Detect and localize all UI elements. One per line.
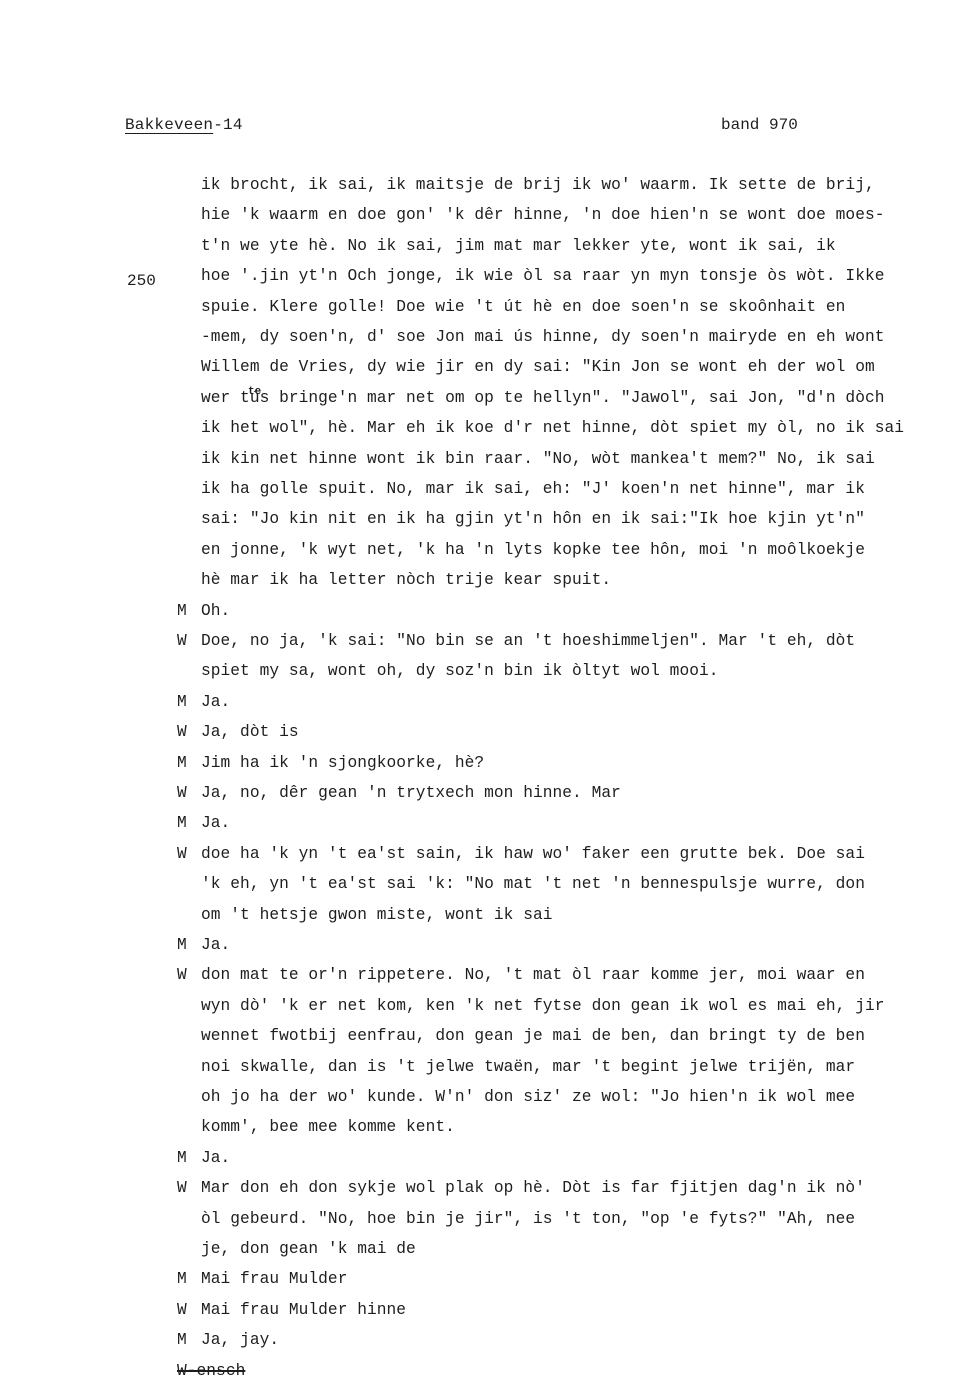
- dialogue-continuation: 'k eh, yn 't ea'st sai 'k: "No mat 't ne…: [201, 875, 865, 905]
- dialogue-turn: MJa.: [177, 1149, 230, 1179]
- speaker-label: W: [177, 723, 201, 741]
- utterance-text: Ja.: [201, 936, 230, 954]
- dialogue-turn: WJa, dòt is: [177, 723, 299, 753]
- utterance-text: hoe '.jin yt'n Och jonge, ik wie òl sa r…: [201, 267, 885, 285]
- utterance-text: Ja, jay.: [201, 1331, 279, 1349]
- utterance-text: 'k eh, yn 't ea'st sai 'k: "No mat 't ne…: [201, 875, 865, 893]
- dialogue-continuation: spiet my sa, wont oh, dy soz'n bin ik òl…: [201, 662, 719, 692]
- utterance-text: en jonne, 'k wyt net, 'k ha 'n lyts kopk…: [201, 541, 865, 559]
- dialogue-turn: MJa, jay.: [177, 1331, 279, 1361]
- dialogue-turn: WMai frau Mulder hinne: [177, 1301, 406, 1331]
- transcript-line: t'n we yte hè. No ik sai, jim mat mar le…: [201, 237, 836, 267]
- dialogue-continuation: om 't hetsje gwon miste, wont ik sai: [201, 906, 553, 936]
- speaker-label: M: [177, 814, 201, 832]
- speaker-label: M: [177, 693, 201, 711]
- speaker-label: W: [177, 845, 201, 863]
- utterance-text: Willem de Vries, dy wie jir en dy sai: "…: [201, 358, 875, 376]
- utterance-text: hè mar ik ha letter nòch trije kear spui…: [201, 571, 611, 589]
- dialogue-continuation: wyn dò' 'k er net kom, ken 'k net fytse …: [201, 997, 885, 1027]
- transcript-line: en jonne, 'k wyt net, 'k ha 'n lyts kopk…: [201, 541, 865, 571]
- speaker-label: M: [177, 1331, 201, 1349]
- dialogue-continuation: je, don gean 'k mai de: [201, 1240, 416, 1270]
- transcript-line: sai: "Jo kin nit en ik ha gjin yt'n hôn …: [201, 510, 865, 540]
- utterance-text: -mem, dy soen'n, d' soe Jon mai ús hinne…: [201, 328, 885, 346]
- document-number: -14: [213, 116, 242, 134]
- dialogue-turn: MJa.: [177, 693, 230, 723]
- utterance-text: Ja.: [201, 1149, 230, 1167]
- utterance-text: Ja.: [201, 814, 230, 832]
- dialogue-turn: WMar don eh don sykje wol plak op hè. Dò…: [177, 1179, 865, 1209]
- transcript-page: Bakkeveen-14 band 970 250 te ik brocht, …: [0, 0, 973, 1392]
- speaker-label: M: [177, 1270, 201, 1288]
- dialogue-turn: MJa.: [177, 814, 230, 844]
- transcript-line: ik het wol", hè. Mar eh ik koe d'r net h…: [201, 419, 904, 449]
- utterance-text: doe ha 'k yn 't ea'st sain, ik haw wo' f…: [201, 845, 865, 863]
- utterance-text: Ja.: [201, 693, 230, 711]
- speaker-label: M: [177, 602, 201, 620]
- utterance-text: Mai frau Mulder hinne: [201, 1301, 406, 1319]
- speaker-label: M: [177, 936, 201, 954]
- utterance-text: wer tús bringe'n mar net om op te hellyn…: [201, 389, 885, 407]
- line-number-marker: 250: [127, 272, 156, 290]
- dialogue-turn: MMai frau Mulder: [177, 1270, 347, 1300]
- dialogue-continuation: oh jo ha der wo' kunde. W'n' don siz' ze…: [201, 1088, 855, 1118]
- dialogue-turn: MJim ha ik 'n sjongkoorke, hè?: [177, 754, 484, 784]
- utterance-text: hie 'k waarm en doe gon' 'k dêr hinne, '…: [201, 206, 885, 224]
- speaker-label: W: [177, 632, 201, 650]
- utterance-text: spuie. Klere golle! Doe wie 't út hè en …: [201, 298, 845, 316]
- utterance-text: je, don gean 'k mai de: [201, 1240, 416, 1258]
- transcript-line: Willem de Vries, dy wie jir en dy sai: "…: [201, 358, 875, 388]
- utterance-text: wyn dò' 'k er net kom, ken 'k net fytse …: [201, 997, 885, 1015]
- struck-out-line: W-ensch: [177, 1362, 245, 1392]
- transcript-line: -mem, dy soen'n, d' soe Jon mai ús hinne…: [201, 328, 885, 358]
- transcript-line: wer tús bringe'n mar net om op te hellyn…: [201, 389, 885, 419]
- utterance-text: ik ha golle spuit. No, mar ik sai, eh: "…: [201, 480, 865, 498]
- transcript-line: ik kin net hinne wont ik bin raar. "No, …: [201, 450, 875, 480]
- utterance-text: ik brocht, ik sai, ik maitsje de brij ik…: [201, 176, 875, 194]
- transcript-line: hie 'k waarm en doe gon' 'k dêr hinne, '…: [201, 206, 885, 236]
- utterance-text: wennet fwotbij eenfrau, don gean je mai …: [201, 1027, 865, 1045]
- dialogue-turn: MOh.: [177, 602, 230, 632]
- dialogue-continuation: noi skwalle, dan is 't jelwe twaën, mar …: [201, 1058, 855, 1088]
- utterance-text: Oh.: [201, 602, 230, 620]
- speaker-label: W: [177, 784, 201, 802]
- dialogue-turn: MJa.: [177, 936, 230, 966]
- document-title: Bakkeveen-14: [125, 116, 243, 134]
- location-name: Bakkeveen: [125, 116, 213, 134]
- transcript-line: hoe '.jin yt'n Och jonge, ik wie òl sa r…: [201, 267, 885, 297]
- dialogue-continuation: òl gebeurd. "No, hoe bin je jir", is 't …: [201, 1210, 855, 1240]
- utterance-text: òl gebeurd. "No, hoe bin je jir", is 't …: [201, 1210, 855, 1228]
- transcript-line: hè mar ik ha letter nòch trije kear spui…: [201, 571, 611, 601]
- utterance-text: ik het wol", hè. Mar eh ik koe d'r net h…: [201, 419, 904, 437]
- tape-number: band 970: [721, 116, 798, 134]
- utterance-text: Doe, no ja, 'k sai: "No bin se an 't hoe…: [201, 632, 855, 650]
- speaker-label: W: [177, 1179, 201, 1197]
- speaker-label: M: [177, 754, 201, 772]
- utterance-text: ik kin net hinne wont ik bin raar. "No, …: [201, 450, 875, 468]
- utterance-text: Mai frau Mulder: [201, 1270, 347, 1288]
- dialogue-continuation: wennet fwotbij eenfrau, don gean je mai …: [201, 1027, 865, 1057]
- transcript-line: spuie. Klere golle! Doe wie 't út hè en …: [201, 298, 845, 328]
- utterance-text: oh jo ha der wo' kunde. W'n' don siz' ze…: [201, 1088, 855, 1106]
- transcript-line: ik ha golle spuit. No, mar ik sai, eh: "…: [201, 480, 865, 510]
- utterance-text: komm', bee mee komme kent.: [201, 1118, 455, 1136]
- utterance-text: Ja, dòt is: [201, 723, 299, 741]
- utterance-text: om 't hetsje gwon miste, wont ik sai: [201, 906, 553, 924]
- utterance-text: Mar don eh don sykje wol plak op hè. Dòt…: [201, 1179, 865, 1197]
- utterance-text: t'n we yte hè. No ik sai, jim mat mar le…: [201, 237, 836, 255]
- utterance-text: sai: "Jo kin nit en ik ha gjin yt'n hôn …: [201, 510, 865, 528]
- speaker-label: M: [177, 1149, 201, 1167]
- utterance-text: Jim ha ik 'n sjongkoorke, hè?: [201, 754, 484, 772]
- dialogue-turn: Wdoe ha 'k yn 't ea'st sain, ik haw wo' …: [177, 845, 865, 875]
- dialogue-turn: Wdon mat te or'n rippetere. No, 't mat ò…: [177, 966, 865, 996]
- utterance-text: don mat te or'n rippetere. No, 't mat òl…: [201, 966, 865, 984]
- speaker-label: W: [177, 1301, 201, 1319]
- utterance-text: spiet my sa, wont oh, dy soz'n bin ik òl…: [201, 662, 719, 680]
- dialogue-turn: WDoe, no ja, 'k sai: "No bin se an 't ho…: [177, 632, 855, 662]
- dialogue-turn: WJa, no, dêr gean 'n trytxech mon hinne.…: [177, 784, 621, 814]
- speaker-label: W: [177, 966, 201, 984]
- transcript-line: ik brocht, ik sai, ik maitsje de brij ik…: [201, 176, 875, 206]
- dialogue-continuation: komm', bee mee komme kent.: [201, 1118, 455, 1148]
- utterance-text: noi skwalle, dan is 't jelwe twaën, mar …: [201, 1058, 855, 1076]
- utterance-text: Ja, no, dêr gean 'n trytxech mon hinne. …: [201, 784, 621, 802]
